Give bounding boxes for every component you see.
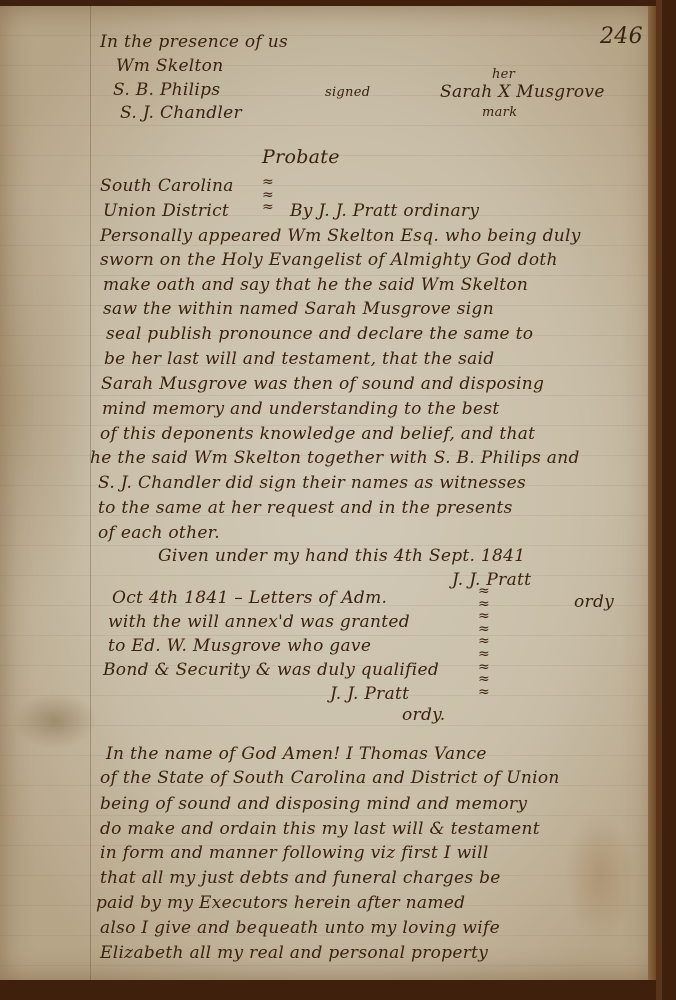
- probate-given: Given under my hand this 4th Sept. 1841: [158, 548, 525, 565]
- binding-edge: [656, 0, 662, 1000]
- will-line: of the State of South Carolina and Distr…: [100, 770, 560, 787]
- attestation-intro: In the presence of us: [100, 34, 288, 51]
- will-line: Elizabeth all my real and personal prope…: [100, 945, 488, 962]
- witness-3: S. J. Chandler: [120, 105, 242, 122]
- will-line: in form and manner following viz first I…: [100, 845, 489, 862]
- witness-2: S. B. Philips: [113, 82, 220, 99]
- will-line: also I give and bequeath unto my loving …: [100, 920, 500, 937]
- signer-name: Sarah X Musgrove: [440, 84, 605, 101]
- letters-line: Oct 4th 1841 – Letters of Adm.: [112, 590, 387, 607]
- scanned-manuscript: 246 In the presence of us Wm Skelton S. …: [0, 0, 676, 1000]
- probate-line: Sarah Musgrove was then of sound and dis…: [101, 376, 544, 393]
- signed-label: signed: [325, 86, 370, 99]
- probate-line: of this deponents knowledge and belief, …: [100, 426, 535, 443]
- probate-title: Probate: [262, 148, 340, 167]
- page-number: 246: [600, 26, 643, 48]
- probate-by: By J. J. Pratt ordinary: [290, 203, 479, 220]
- page-edge: [648, 6, 656, 980]
- probate-line: sworn on the Holy Evangelist of Almighty…: [100, 252, 558, 269]
- witness-1: Wm Skelton: [116, 58, 223, 75]
- signer-mark: mark: [482, 106, 517, 119]
- probate-line: S. J. Chandler did sign their names as w…: [98, 475, 526, 492]
- probate-line: of each other.: [98, 525, 220, 542]
- will-line: that all my just debts and funeral charg…: [100, 870, 501, 887]
- will-line: being of sound and disposing mind and me…: [100, 796, 527, 813]
- probate-line: to the same at her request and in the pr…: [98, 500, 513, 517]
- bracket-icon: ≈≈≈: [262, 176, 272, 214]
- probate-line: saw the within named Sarah Musgrove sign: [103, 301, 494, 318]
- letters-signature-title: ordy.: [402, 707, 446, 724]
- probate-line: he the said Wm Skelton together with S. …: [90, 450, 580, 467]
- letters-signature: J. J. Pratt: [330, 686, 409, 703]
- letters-line: to Ed. W. Musgrove who gave: [108, 638, 371, 655]
- bracket-icon: ≈≈≈≈≈≈≈≈≈: [478, 585, 488, 698]
- probate-line: mind memory and understanding to the bes…: [102, 401, 500, 418]
- letters-line: Bond & Security & was duly qualified: [103, 662, 439, 679]
- margin-rule: [90, 6, 91, 980]
- probate-line: seal publish pronounce and declare the s…: [106, 326, 533, 343]
- signer-her: her: [492, 68, 515, 81]
- probate-line: Personally appeared Wm Skelton Esq. who …: [100, 228, 581, 245]
- probate-line: be her last will and testament, that the…: [104, 351, 494, 368]
- will-line: paid by my Executors herein after named: [96, 895, 465, 912]
- probate-district: Union District: [103, 203, 229, 220]
- probate-line: make oath and say that he the said Wm Sk…: [103, 277, 528, 294]
- probate-signature: J. J. Pratt: [452, 572, 531, 589]
- letters-line: with the will annex'd was granted: [108, 614, 410, 631]
- probate-signature-title: ordy: [574, 594, 614, 611]
- will-line: In the name of God Amen! I Thomas Vance: [106, 746, 487, 763]
- will-line: do make and ordain this my last will & t…: [100, 821, 540, 838]
- probate-state: South Carolina: [100, 178, 234, 195]
